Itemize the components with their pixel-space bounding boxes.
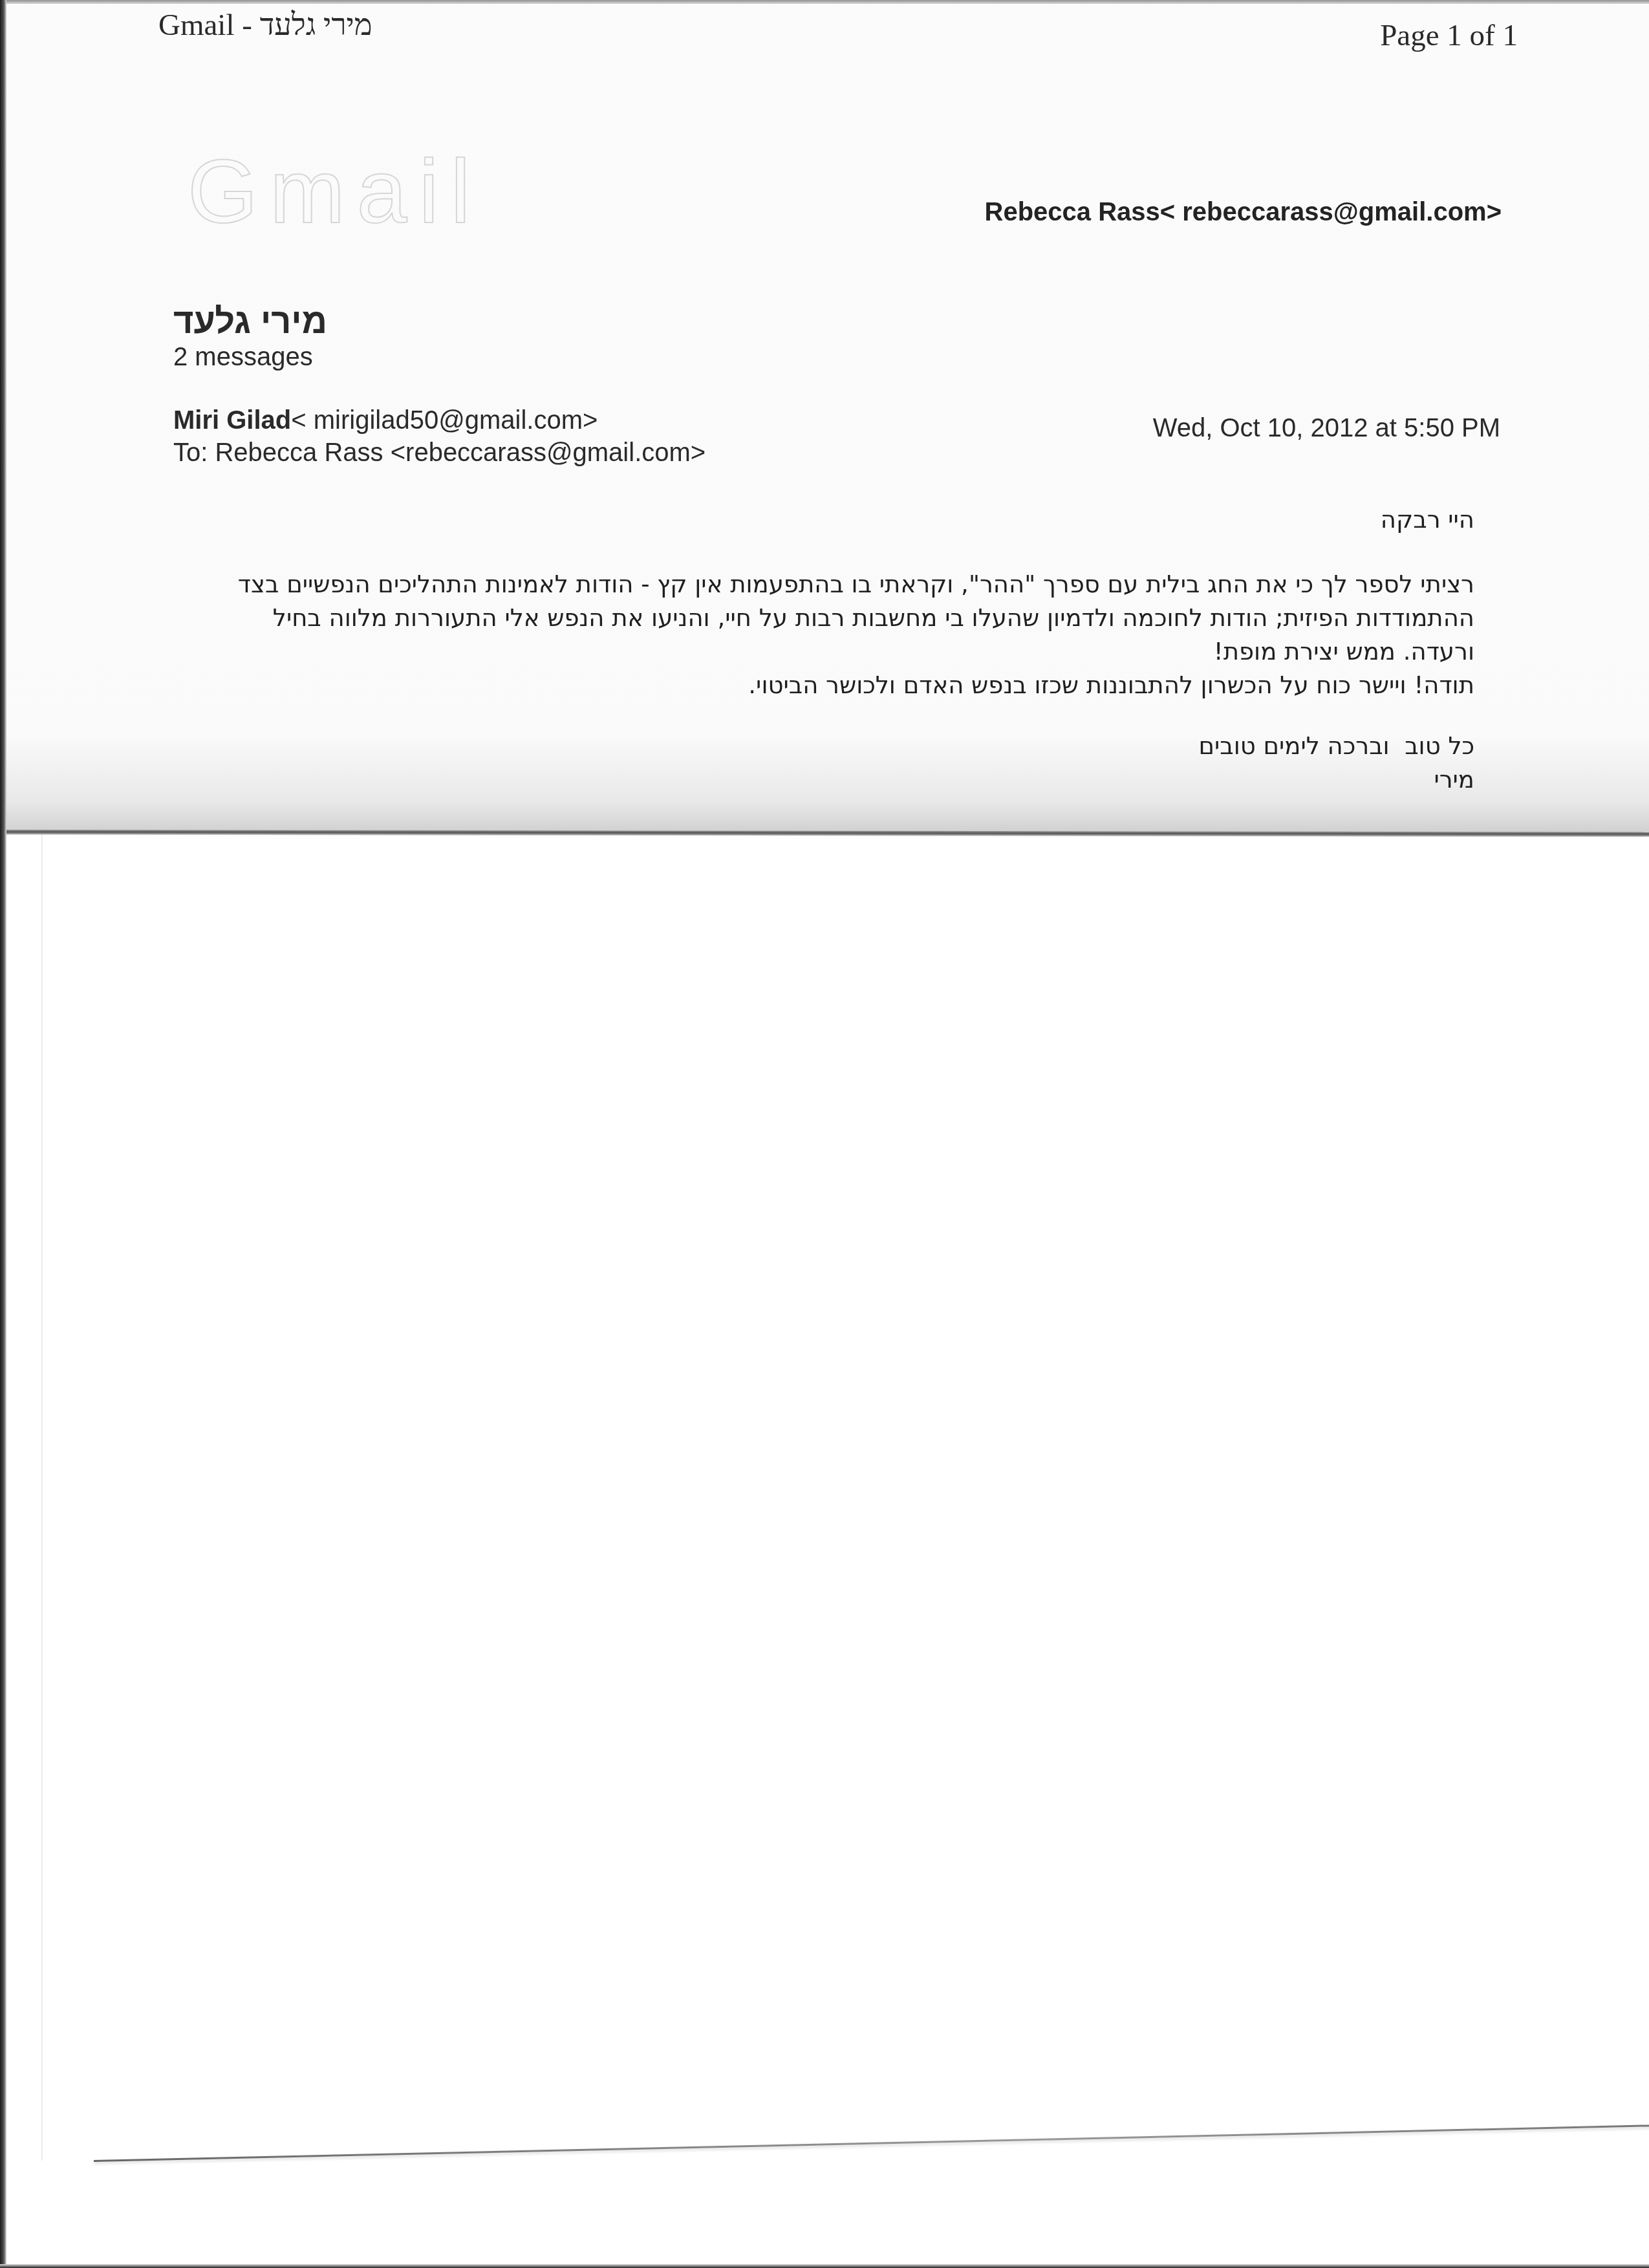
body-line: תודה! ויישר כוח על הכשרון להתבוננות שכזו…	[181, 669, 1474, 702]
scan-edge	[0, 0, 6, 2268]
sender-email: < mirigilad50@gmail.com>	[291, 406, 598, 435]
account-owner: Rebecca Rass< rebeccarass@gmail.com>	[985, 198, 1502, 227]
body-line: ורעדה. ממש יצירת מופת!	[181, 635, 1474, 669]
scan-edge-bottom	[0, 2264, 1649, 2268]
message-date: Wed, Oct 10, 2012 at 5:50 PM	[1153, 414, 1500, 443]
message-count: 2 messages	[173, 343, 313, 372]
closing: כל טוב וברכה לימים טובים	[181, 729, 1474, 763]
message-sender: Miri Gilad< mirigilad50@gmail.com>	[173, 406, 598, 435]
sender-name: Miri Gilad	[173, 406, 291, 435]
thread-subject: מירי גלעד	[173, 301, 327, 341]
body-line: רציתי לספר לך כי את החג בילית עם ספרך "ה…	[181, 568, 1474, 601]
paper-edge	[41, 835, 43, 2161]
print-header-title: Gmail - מירי גלעד	[158, 8, 372, 43]
greeting: היי רבקה	[181, 503, 1474, 537]
body-line: ההתמודדות הפיזית; הודות לחוכמה ולדמיון ש…	[181, 601, 1474, 635]
message-body: היי רבקה רציתי לספר לך כי את החג בילית ע…	[181, 503, 1474, 797]
message-recipient: To: Rebecca Rass <rebeccarass@gmail.com>	[173, 438, 706, 468]
printed-page-bottom	[6, 835, 1649, 2268]
page-indicator: Page 1 of 1	[1380, 18, 1518, 53]
signature: מירי	[181, 763, 1474, 797]
gmail-logo-icon: Gmail	[188, 139, 482, 244]
